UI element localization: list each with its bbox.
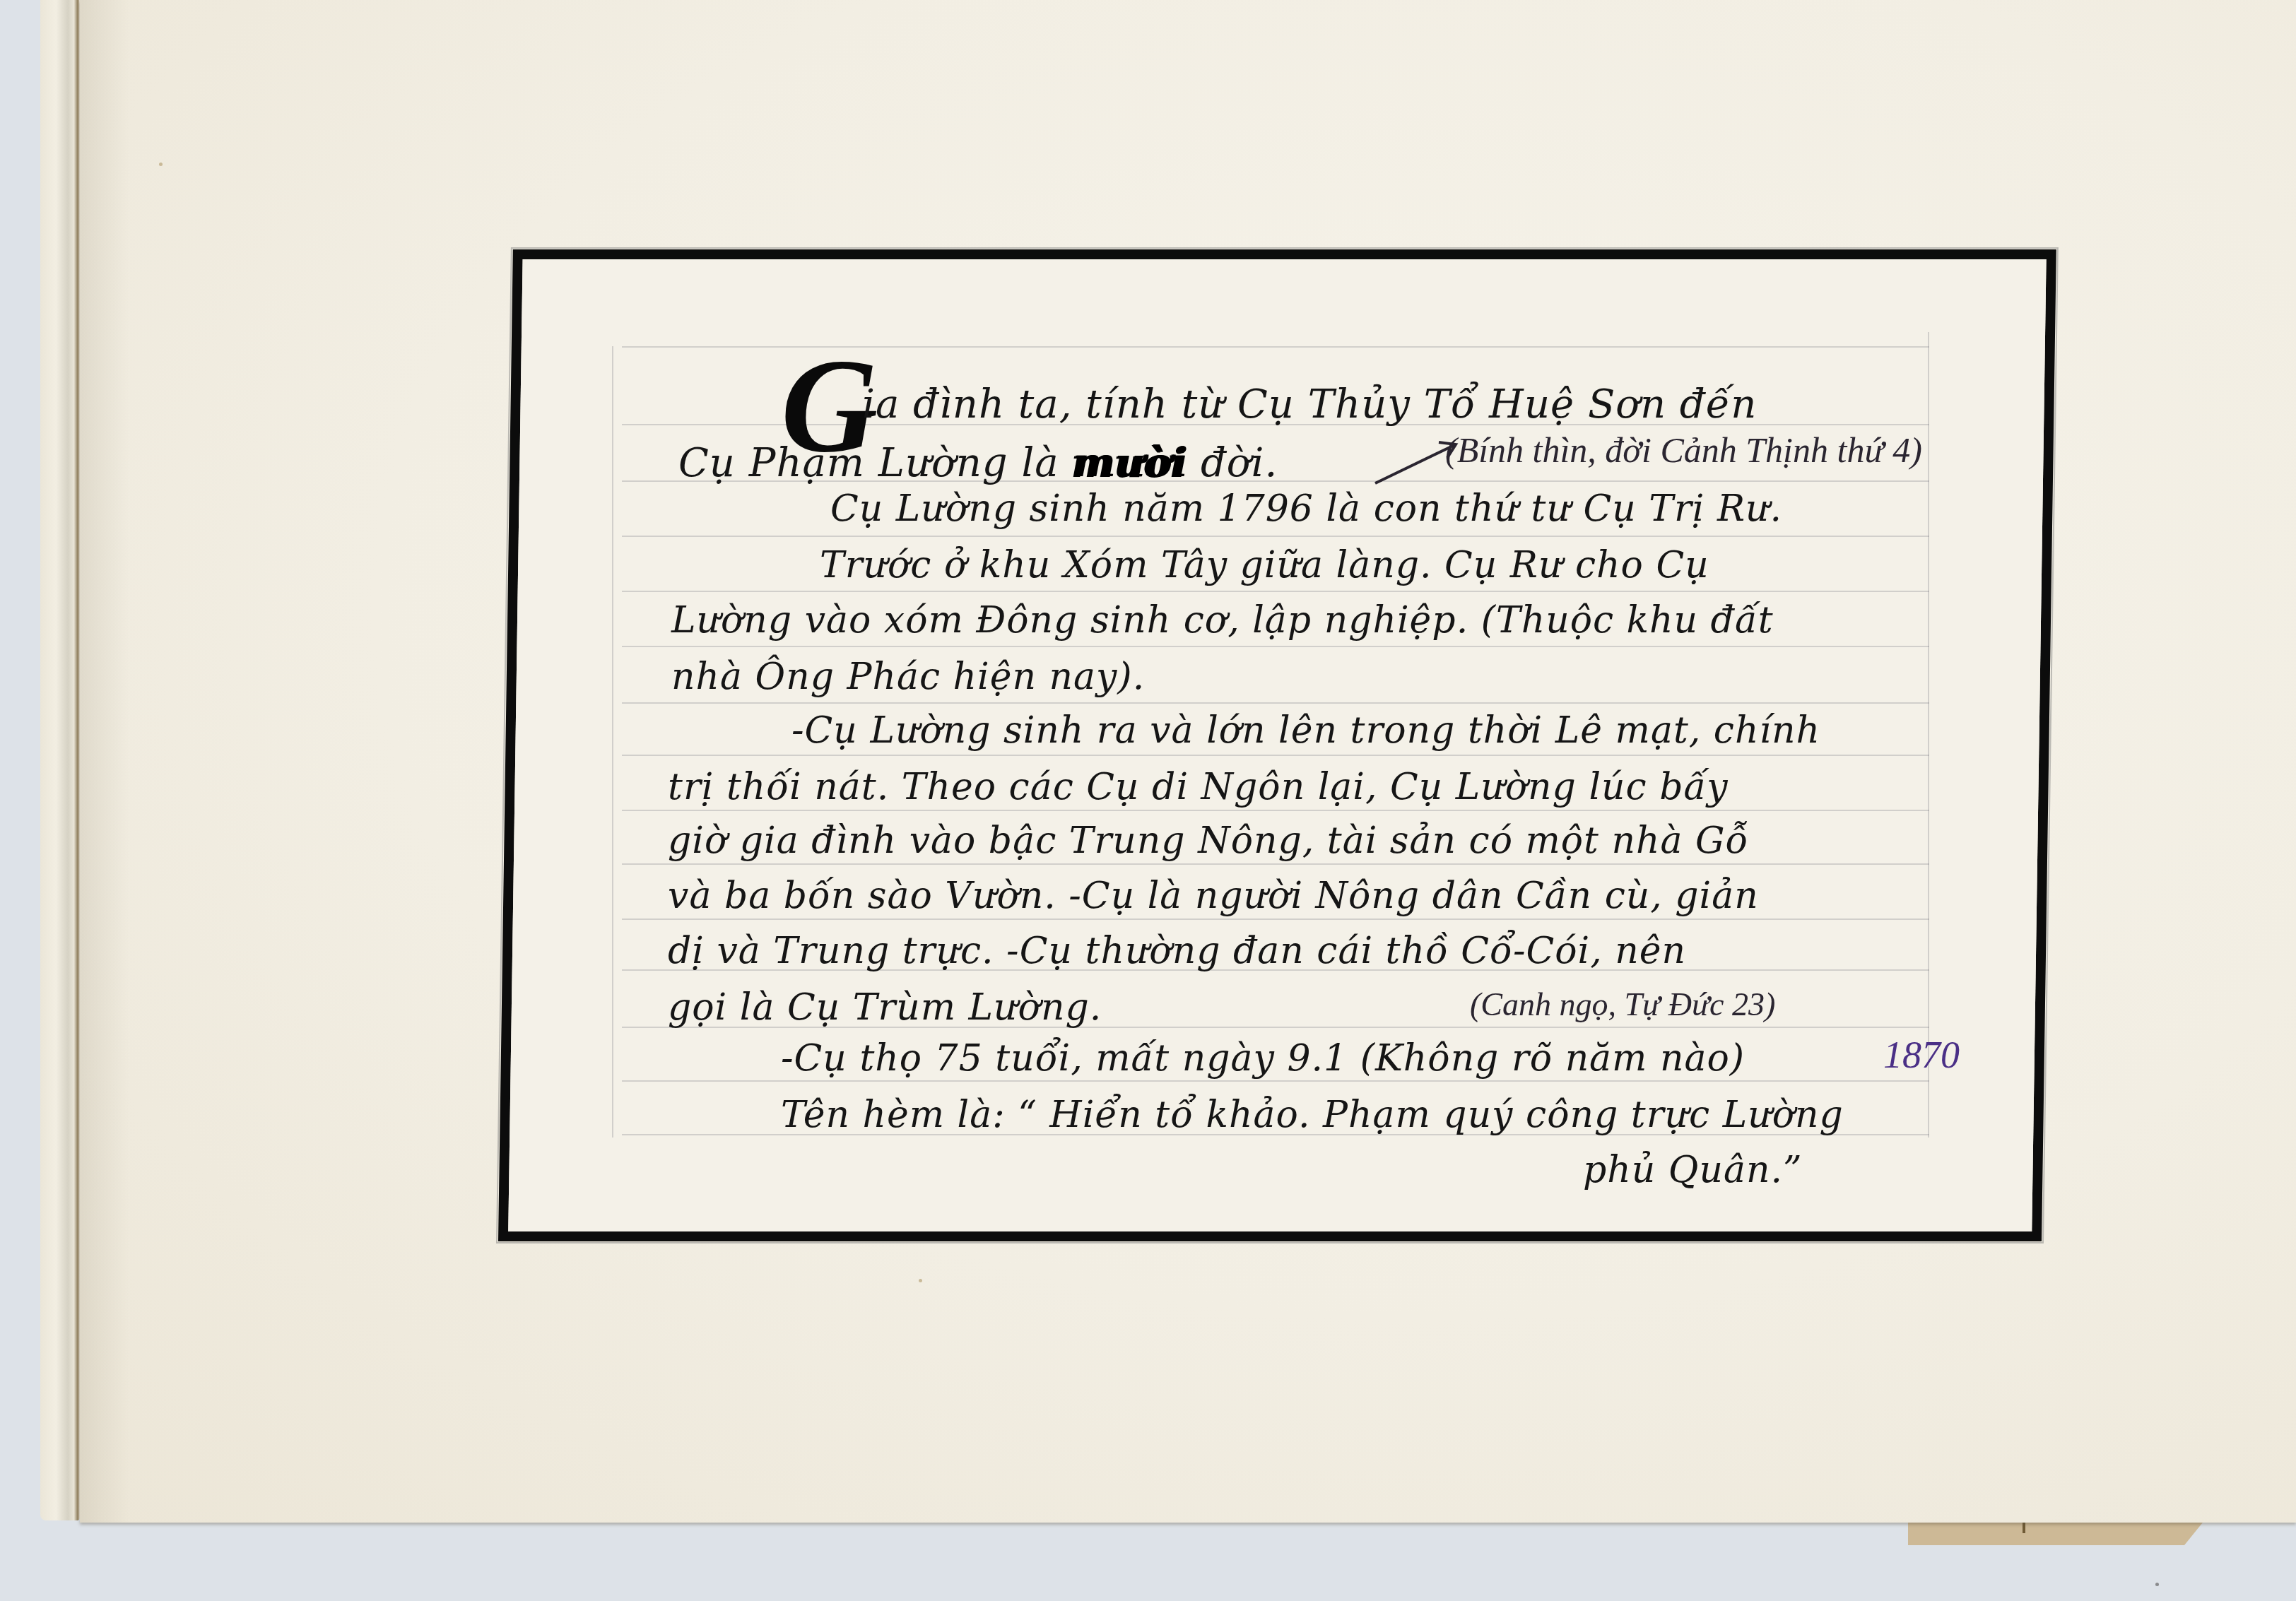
book-spine: [40, 0, 80, 1520]
overwritten-word: mười: [1073, 439, 1188, 486]
text-line-7: -Cụ Lường sinh ra và lớn lên trong thời …: [791, 709, 1820, 752]
text-line-12: gọi là Cụ Trùm Lường.: [668, 986, 1102, 1029]
text-line-4: Trước ở khu Xóm Tây giữa làng. Cụ Rư cho…: [820, 544, 1709, 586]
death-year-annotation: 1870: [1883, 1033, 1960, 1077]
text-line-8: trị thối nát. Theo các Cụ di Ngôn lại, C…: [668, 766, 1729, 808]
text-line-14: Tên hèm là: “ Hiển tổ khảo. Phạm quý côn…: [781, 1094, 1844, 1136]
text-line-3: Cụ Lường sinh năm 1796 là con thứ tư Cụ …: [830, 488, 1782, 530]
text-line-2-start: Cụ Phạm Lường là: [678, 440, 1073, 486]
text-line-2-end: đời.: [1187, 440, 1278, 486]
death-annotation: (Canh ngọ, Tự Đức 23): [1470, 986, 1775, 1023]
ruled-line: [622, 646, 1929, 647]
right-margin-rule: [1928, 332, 1929, 1138]
ruled-line: [622, 863, 1929, 865]
text-line-15: phủ Quân.”: [1583, 1149, 1803, 1191]
ruled-line: [622, 755, 1929, 756]
text-line-6: nhà Ông Phác hiện nay).: [671, 656, 1145, 698]
paper-speck: [919, 1279, 922, 1282]
text-line-11: dị và Trung trực. -Cụ thường đan cái thồ…: [668, 930, 1686, 972]
text-line-2: Cụ Phạm Lường là mười đời.: [678, 439, 1278, 486]
paper-speck: [2155, 1583, 2159, 1586]
ruled-line: [622, 1080, 1929, 1082]
ruled-line: [622, 918, 1929, 920]
paper-speck: [159, 163, 163, 166]
page-crease: [80, 0, 129, 1523]
left-margin-rule: [612, 346, 613, 1138]
text-line-5: Lường vào xóm Đông sinh cơ, lập nghiệp. …: [671, 599, 1774, 642]
text-line-1: ia đình ta, tính từ Cụ Thủy Tổ Huệ Sơn đ…: [862, 382, 1757, 427]
text-line-9: giờ gia đình vào bậc Trung Nông, tài sản…: [668, 820, 1748, 862]
ruled-line: [622, 702, 1929, 704]
text-line-13: -Cụ thọ 75 tuổi, mất ngày 9.1 (Không rõ …: [781, 1037, 1745, 1080]
ruled-line: [622, 810, 1929, 811]
birth-annotation: (Bính thìn, đời Cảnh Thịnh thứ 4): [1445, 430, 1922, 471]
ruled-line: [622, 536, 1929, 537]
text-line-10: và ba bốn sào Vườn. -Cụ là người Nông dâ…: [668, 875, 1759, 917]
ruled-line: [622, 591, 1929, 592]
